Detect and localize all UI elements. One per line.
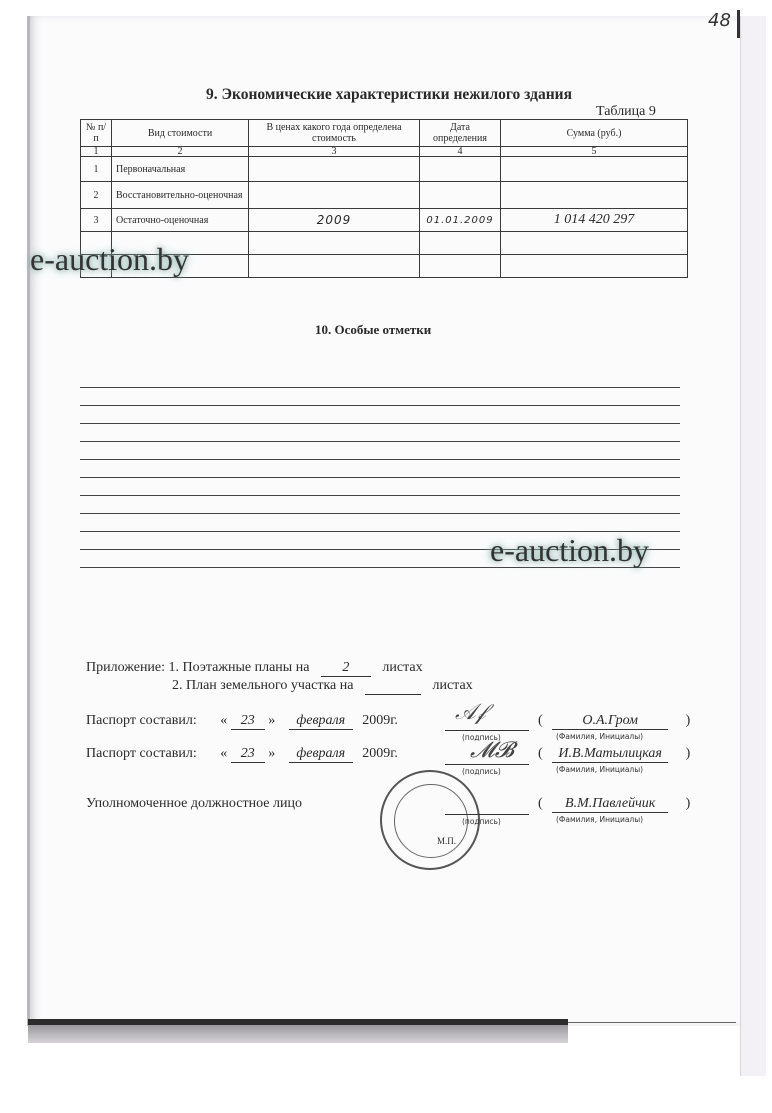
appendix-item2-value [365,678,421,695]
ruled-line [80,460,680,478]
signature-row-2: Паспорт составил: « 23 » февраля 2009г. [86,746,398,763]
scan-edge-line [568,1022,736,1023]
table-row: 3 Остаточно-оценочная 2009 01.01.2009 1 … [81,209,688,232]
table-row: 1 Первоначальная [81,157,688,182]
row-date [420,182,501,209]
signer-label: Паспорт составил: [86,713,197,728]
month-value: февраля [289,746,353,763]
paren-open: ( [538,746,543,761]
signature-scribble-2: 𝓜𝓑 [470,738,514,763]
quote-close: » [268,746,275,761]
appendix-line-2: 2. План земельного участка на листах [172,678,473,695]
col-header-type: Вид стоимости [112,120,249,147]
row-sum [501,157,688,182]
page-number: 48 [708,10,731,31]
signature-row-1: Паспорт составил: « 23 » февраля 2009г. [86,713,398,730]
signature-line [445,730,529,731]
name-caption: (Фамилия, Инициалы) [556,815,643,824]
name-field-3: ( В.М.Павлейчик ) [538,796,690,813]
signature-caption: (подпись) [462,767,501,776]
row-number: 1 [81,157,112,182]
col-header-year: В ценах какого года определена стоимость [249,120,420,147]
row-year [249,182,420,209]
ruled-line [80,388,680,406]
watermark: e-auction.by [490,532,649,569]
page-corner-mark [737,10,740,38]
name-caption: (Фамилия, Инициалы) [556,732,643,741]
col-number: 3 [249,147,420,157]
ruled-line [80,370,680,388]
row-date [420,157,501,182]
col-header-sum: Сумма (руб.) [501,120,688,147]
sheets-word: листах [382,660,422,675]
row-date [420,255,501,278]
name-field-2: ( И.В.Матылицкая ) [538,746,690,763]
year-value: 2009г. [362,746,398,761]
column-numbers-row: 1 2 3 4 5 [81,147,688,157]
next-sheet-edge [740,16,766,1076]
row-year: 2009 [249,209,420,232]
col-header-number: № п/п [81,120,112,147]
quote-open: « [220,746,227,761]
signer-name: И.В.Матылицкая [552,746,668,763]
signature-line [445,764,529,765]
row-type: Остаточно-оценочная [112,209,249,232]
col-number: 4 [420,147,501,157]
signer-name: О.А.Гром [552,713,668,730]
row-year [249,255,420,278]
row-date: 01.01.2009 [420,209,501,232]
signature-scribble-1: 𝒜𝒻 [455,700,486,725]
signer-label: Паспорт составил: [86,746,197,761]
section10-title: 10. Особые отметки [315,322,431,338]
appendix-label: Приложение: [86,660,165,675]
row-type: Восстановительно-оценочная [112,182,249,209]
paren-close: ) [686,746,691,761]
table-header-row: № п/п Вид стоимости В ценах какого года … [81,120,688,147]
row-date [420,232,501,255]
day-value: 23 [231,746,265,763]
row-sum [501,182,688,209]
paren-close: ) [686,713,691,728]
stamp-label: М.П. [437,836,456,846]
month-value: февраля [289,713,353,730]
year-value: 2009г. [362,713,398,728]
row-number: 2 [81,182,112,209]
appendix-item1: 1. Поэтажные планы на [169,660,310,675]
col-header-date: Дата определения [420,120,501,147]
appendix-item2: 2. План земельного участка на [172,678,353,693]
ruled-line [80,496,680,514]
ruled-line [80,442,680,460]
col-number: 1 [81,147,112,157]
name-caption: (Фамилия, Инициалы) [556,765,643,774]
scan-edge-shadow [28,1025,568,1043]
signature-line [445,814,529,815]
quote-close: » [268,713,275,728]
table-row: 2 Восстановительно-оценочная [81,182,688,209]
quote-open: « [220,713,227,728]
col-number: 2 [112,147,249,157]
paren-close: ) [686,796,691,811]
signer-label: Уполномоченное должностное лицо [86,796,302,811]
appendix-line-1: Приложение: 1. Поэтажные планы на 2 лист… [86,660,423,677]
watermark: e-auction.by [30,241,189,278]
sheets-word: листах [432,678,472,693]
row-type: Первоначальная [112,157,249,182]
section9-title: 9. Экономические характеристики нежилого… [206,86,572,104]
table-label: Таблица 9 [596,104,656,120]
row-sum [501,232,688,255]
signature-caption: (подпись) [462,817,501,826]
appendix-item1-value: 2 [321,660,371,677]
row-number: 3 [81,209,112,232]
signer-name: В.М.Павлейчик [552,796,668,813]
row-sum [501,255,688,278]
row-year [249,232,420,255]
ruled-line [80,478,680,496]
ruled-line [80,424,680,442]
ruled-line [80,406,680,424]
row-year [249,157,420,182]
paren-open: ( [538,713,543,728]
col-number: 5 [501,147,688,157]
paren-open: ( [538,796,543,811]
signature-row-3: Уполномоченное должностное лицо [86,796,302,812]
row-sum: 1 014 420 297 [501,209,688,232]
ruled-line [80,514,680,532]
name-field-1: ( О.А.Гром ) [538,713,690,730]
day-value: 23 [231,713,265,730]
